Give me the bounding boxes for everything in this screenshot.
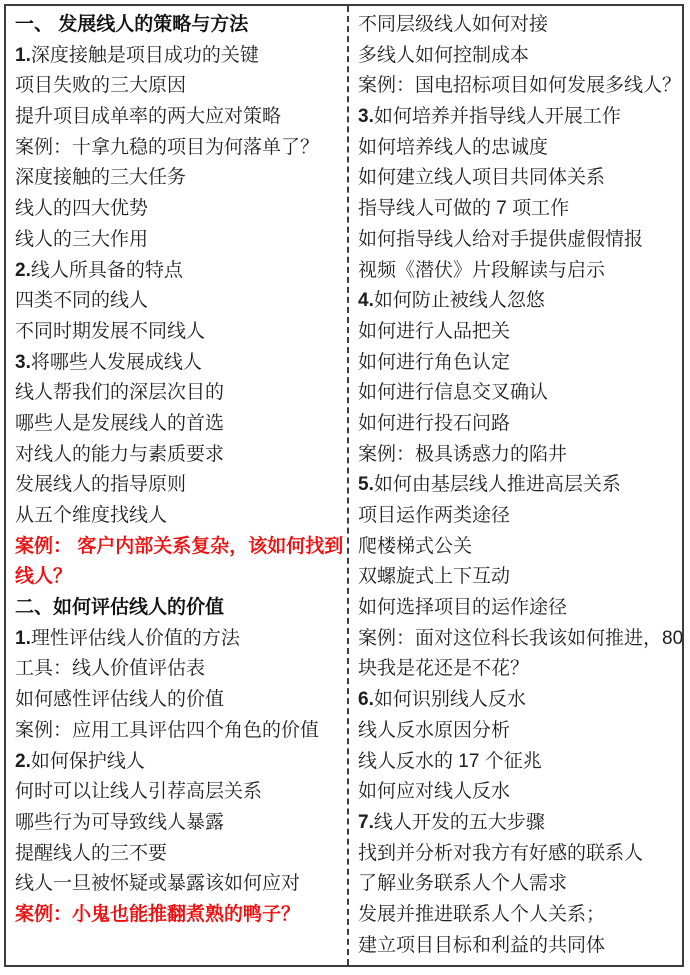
outline-item: 案例：十拿九稳的项目为何落单了？ (15, 133, 338, 164)
outline-item: 何时可以让线人引荐高层关系 (15, 777, 338, 808)
item-number: 2. (15, 751, 31, 772)
outline-item: 线人反水的 17 个征兆 (358, 747, 673, 778)
outline-item: 5.如何由基层线人推进高层关系 (358, 470, 673, 501)
outline-item: 提升项目成单率的两大应对策略 (15, 102, 338, 133)
outline-item: 案例：应用工具评估四个角色的价值 (15, 716, 338, 747)
outline-item: 线人反水原因分析 (358, 716, 673, 747)
outline-item: 如何建立线人项目共同体关系 (358, 163, 673, 194)
outline-item: 3.将哪些人发展成线人 (15, 348, 338, 379)
outline-item: 多线人如何控制成本 (358, 41, 673, 72)
item-number: 3. (15, 352, 31, 373)
item-number: 4. (358, 290, 374, 311)
item-number: 2. (15, 260, 31, 281)
outline-item: 2.线人所具备的特点 (15, 256, 338, 287)
outline-item: 不同时期发展不同线人 (15, 317, 338, 348)
outline-item: 指导线人可做的 7 项工作 (358, 194, 673, 225)
outline-item: 项目运作两类途径 (358, 501, 673, 532)
right-column: 不同层级线人如何对接多线人如何控制成本案例：国电招标项目如何发展多线人？3.如何… (349, 6, 682, 965)
outline-item: 如何选择项目的运作途径 (358, 593, 673, 624)
left-column: 一、 发展线人的策略与方法1.深度接触是项目成功的关键项目失败的三大原因提升项目… (6, 6, 349, 965)
outline-item: 四类不同的线人 (15, 286, 338, 317)
outline-item: 提醒线人的三不要 (15, 839, 338, 870)
outline-item: 哪些行为可导致线人暴露 (15, 808, 338, 839)
outline-item: 深度接触的三大任务 (15, 163, 338, 194)
outline-item: 爬楼梯式公关 (358, 532, 673, 563)
outline-item: 案例： 客户内部关系复杂，该如何找到 (15, 532, 338, 563)
outline-item: 块我是花还是不花？ (358, 654, 673, 685)
outline-item: 如何进行角色认定 (358, 348, 673, 379)
outline-item: 双螺旋式上下互动 (358, 562, 673, 593)
outline-item: 1.理性评估线人价值的方法 (15, 624, 338, 655)
outline-item: 6.如何识别线人反水 (358, 685, 673, 716)
outline-item: 7.线人开发的五大步骤 (358, 808, 673, 839)
outline-item: 如何进行投石问路 (358, 409, 673, 440)
outline-item: 哪些人是发展线人的首选 (15, 409, 338, 440)
item-number: 7. (358, 812, 374, 833)
outline-item: 线人？ (15, 562, 338, 593)
outline-item: 4.如何防止被线人忽悠 (358, 286, 673, 317)
outline-item: 2.如何保护线人 (15, 747, 338, 778)
outline-item: 线人的三大作用 (15, 225, 338, 256)
outline-item: 视频《潜伏》片段解读与启示 (358, 256, 673, 287)
outline-item: 线人一旦被怀疑或暴露该如何应对 (15, 869, 338, 900)
outline-item: 工具：线人价值评估表 (15, 654, 338, 685)
outline-item: 案例：面对这位科长我该如何推进，8000 (358, 624, 673, 655)
item-number: 3. (358, 106, 374, 127)
outline-item: 1.深度接触是项目成功的关键 (15, 41, 338, 72)
outline-item: 如何应对线人反水 (358, 777, 673, 808)
outline-item: 发展线人的指导原则 (15, 470, 338, 501)
outline-item: 如何进行信息交叉确认 (358, 378, 673, 409)
item-number: 1. (15, 628, 31, 649)
outline-item: 线人的四大优势 (15, 194, 338, 225)
outline-item: 对线人的能力与素质要求 (15, 440, 338, 471)
outline-item: 线人帮我们的深层次目的 (15, 378, 338, 409)
outline-item: 如何培养线人的忠诚度 (358, 133, 673, 164)
outline-item: 案例：国电招标项目如何发展多线人？ (358, 71, 673, 102)
outline-item: 建立项目目标和利益的共同体 (358, 931, 673, 962)
outline-item: 从五个维度找线人 (15, 501, 338, 532)
outline-item: 了解业务联系人个人需求 (358, 869, 673, 900)
outline-item: 如何指导线人给对手提供虚假情报 (358, 225, 673, 256)
item-number: 1. (15, 45, 31, 66)
outline-item: 不同层级线人如何对接 (358, 10, 673, 41)
outline-item: 案例：小鬼也能推翻煮熟的鸭子？ (15, 900, 338, 931)
outline-item: 如何感性评估线人的价值 (15, 685, 338, 716)
item-number: 5. (358, 474, 374, 495)
item-number: 6. (358, 689, 374, 710)
outline-item: 二、如何评估线人的价值 (15, 593, 338, 624)
outline-item: 如何进行人品把关 (358, 317, 673, 348)
outline-item: 项目失败的三大原因 (15, 71, 338, 102)
outline-item: 一、 发展线人的策略与方法 (15, 10, 338, 41)
outline-item: 发展并推进联系人个人关系； (358, 900, 673, 931)
outline-item: 3.如何培养并指导线人开展工作 (358, 102, 673, 133)
outline-item: 找到并分析对我方有好感的联系人 (358, 839, 673, 870)
outline-table: 一、 发展线人的策略与方法1.深度接触是项目成功的关键项目失败的三大原因提升项目… (4, 4, 684, 967)
outline-item: 案例：极具诱惑力的陷井 (358, 440, 673, 471)
